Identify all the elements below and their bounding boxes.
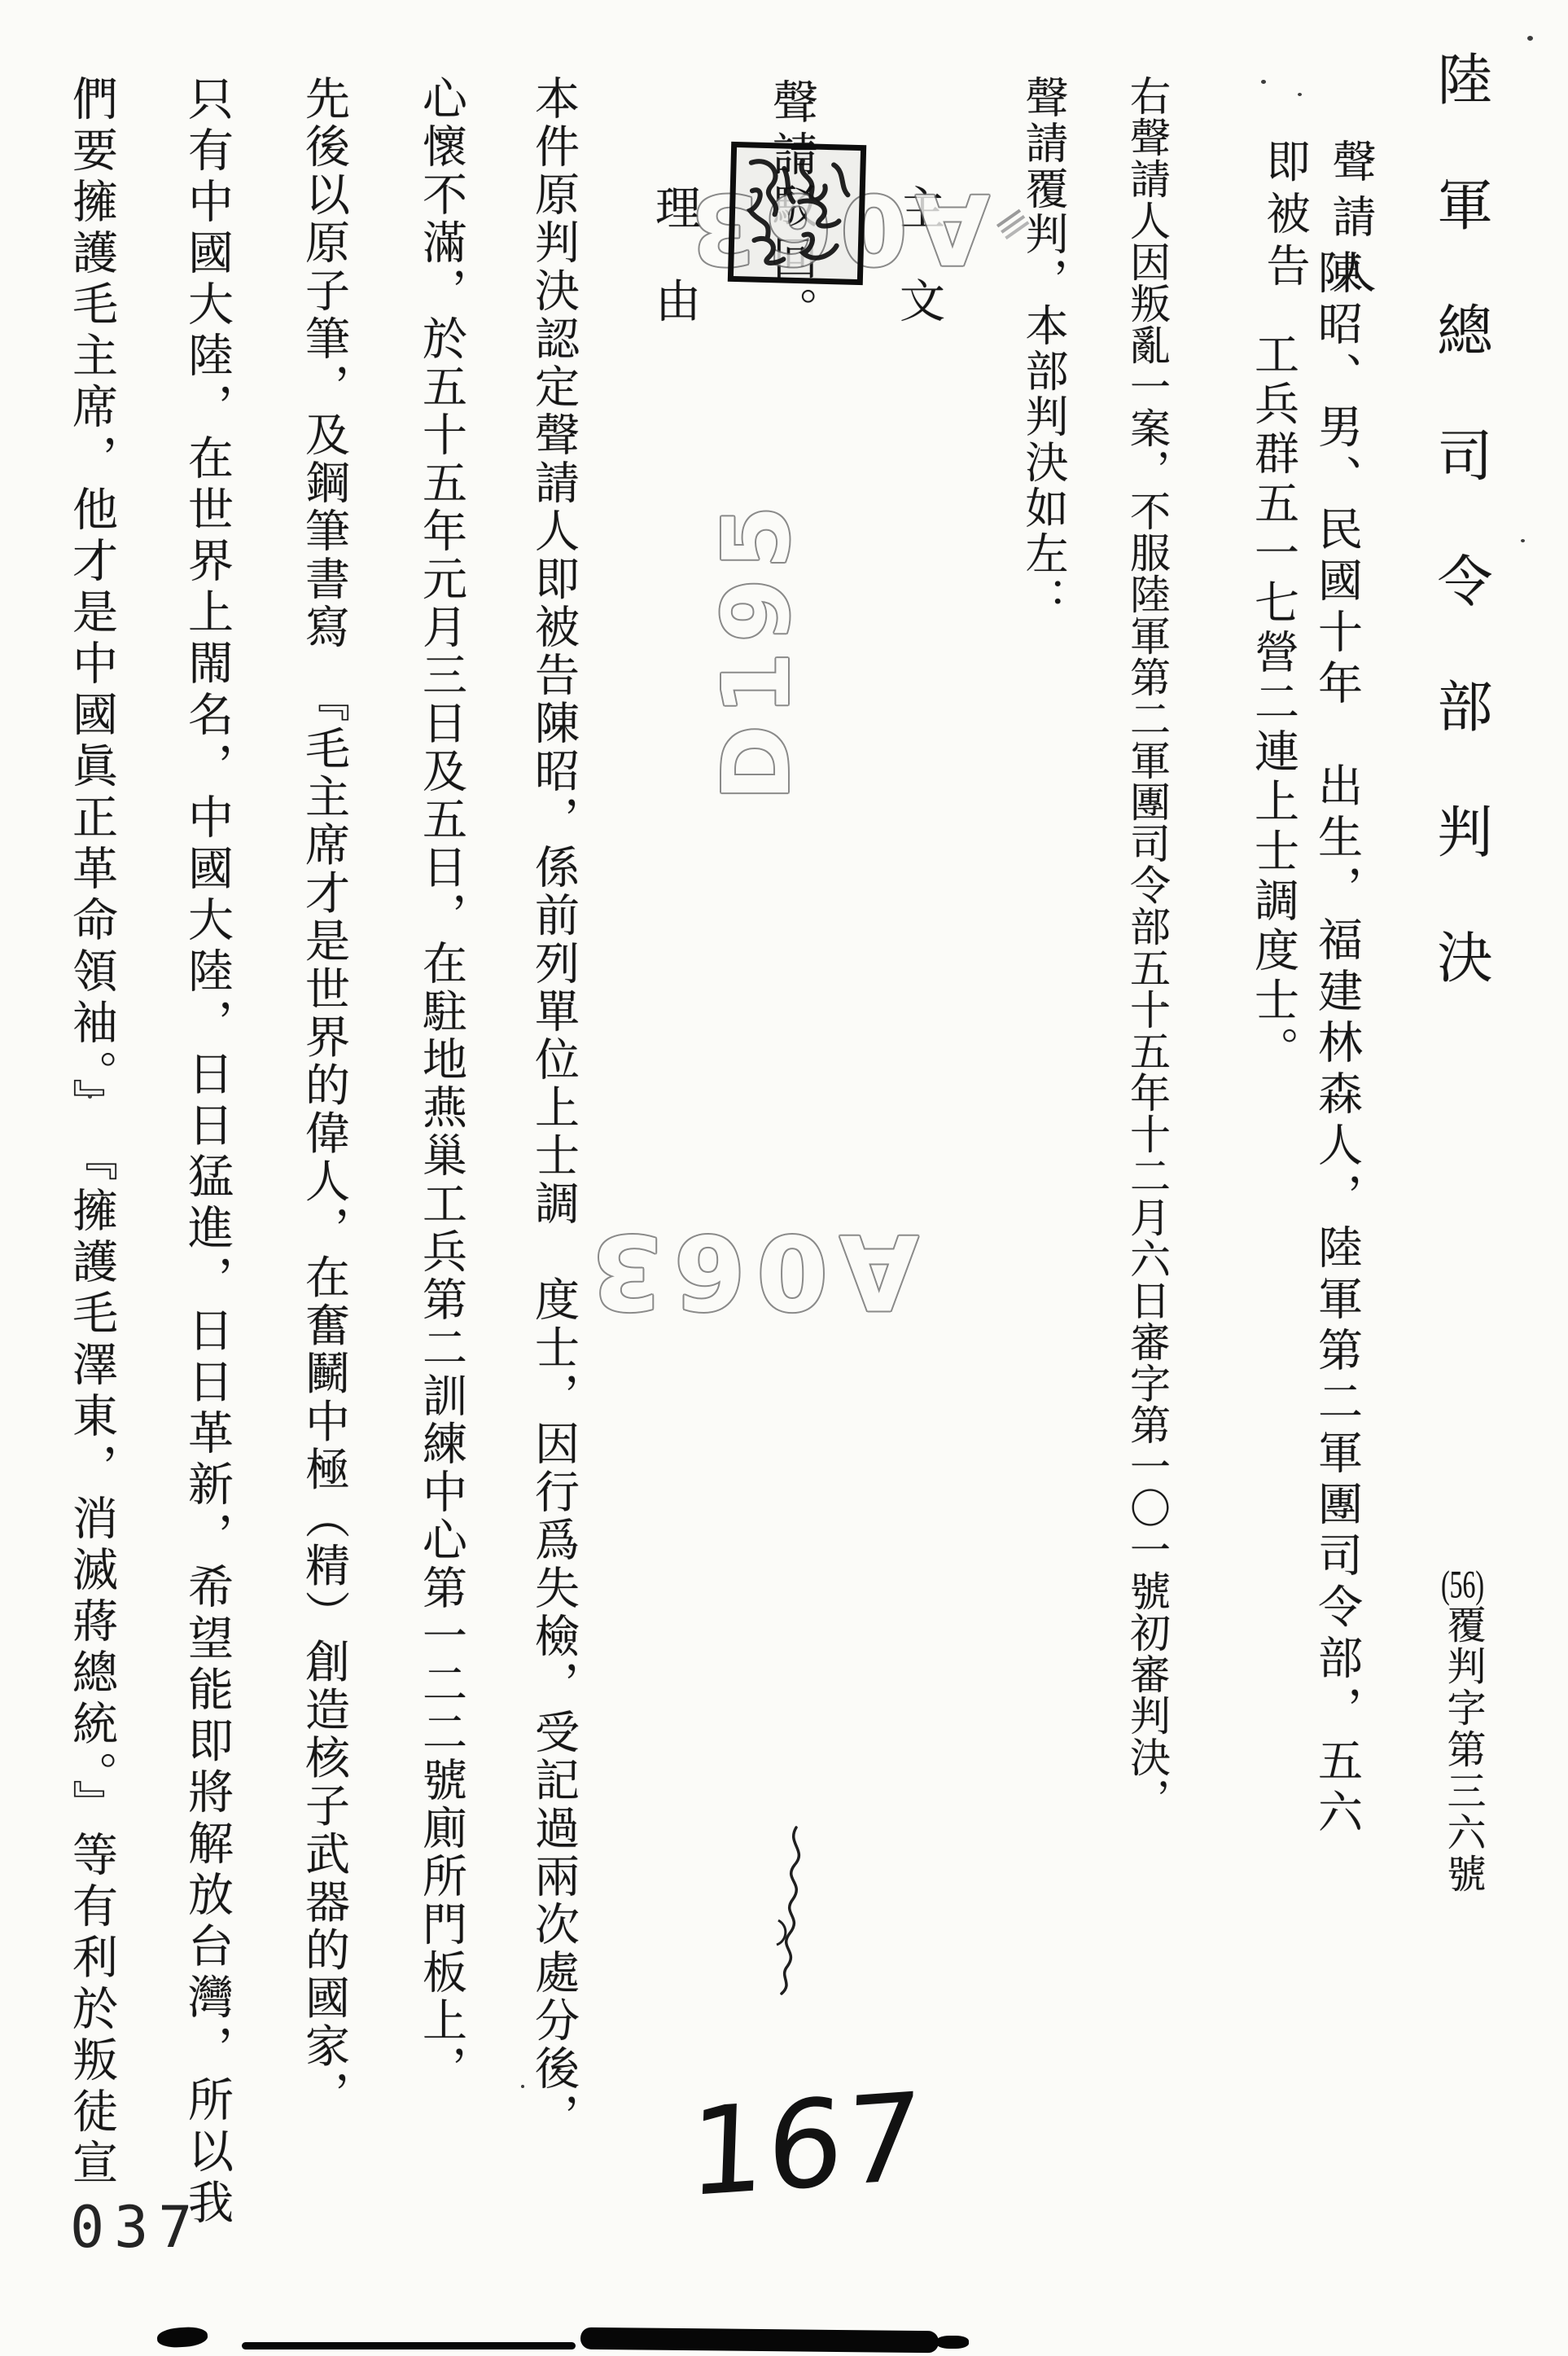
- pencil-hatch-mark: [996, 209, 1021, 228]
- document-title: 陸軍總司令部判決: [1433, 50, 1488, 1054]
- reason-line-5: 們要擁護毛主席，他才是中國眞正革命領袖。』 『擁護毛澤東，消滅蔣總統。』等有利於…: [68, 75, 114, 2190]
- scan-speck: [1261, 80, 1266, 84]
- a063-stamp-bottom: A063: [580, 1220, 919, 1323]
- handwritten-scribble: [746, 1823, 835, 1998]
- d195-stamp: D195: [712, 461, 803, 836]
- reason-line-1: 本件原判決認定聲請人即被告陳昭，係前列單位上士調 度士，因行爲失檢，受記過兩次處…: [531, 75, 576, 2141]
- intro-paragraph-2: 聲請覆判，本部判決如左：: [1021, 75, 1064, 622]
- scan-artifact: [156, 2326, 208, 2349]
- scan-speck: [1521, 539, 1525, 542]
- scan-speck: [1161, 1002, 1165, 1006]
- reason-line-4: 只有中國大陸，在世界上閙名，中國大陸，日日猛進，日日革新，希望能即將解放台灣，所…: [184, 75, 230, 2230]
- scan-artifact: [242, 2342, 576, 2349]
- case-number: (56)覆判字第三六號: [1443, 1565, 1482, 1895]
- case-number-year: (56): [1441, 1565, 1484, 1604]
- case-number-text: 覆判字第三六號: [1441, 1604, 1484, 1895]
- scanned-judgment-page: 陸軍總司令部判決 (56)覆判字第三六號 聲請人 即被告 陳昭、男、民國十年 出…: [0, 0, 1568, 2356]
- seal-glyphs-icon: [734, 147, 861, 279]
- page-number-stamp: 037: [70, 2199, 202, 2256]
- defendant-label: 即被告: [1263, 138, 1307, 295]
- petitioner-details-line2: 工兵群五一七營二連上士調度士。: [1250, 331, 1295, 1076]
- official-seal-stamp: [728, 142, 866, 285]
- scan-speck: [1527, 36, 1533, 41]
- reason-line-2: 心懷不滿，於五十五年元月三日及五日，在駐地燕巢工兵第二訓練中心第一二二號廁所門板…: [418, 75, 463, 2093]
- scan-speck: [1298, 93, 1302, 96]
- handwritten-number: 167: [687, 2077, 926, 2214]
- scan-speck: [1340, 675, 1343, 678]
- intro-paragraph: 右聲請人因叛亂一案，不服陸軍第二軍團司令部五十五年十二月六日審字第一〇一號初審判…: [1127, 75, 1167, 1819]
- scan-artifact: [580, 2327, 939, 2354]
- petitioner-details-line1: 陳昭、男、民國十年 出生，福建林森人，陸軍第二軍團司令部，五六: [1314, 249, 1359, 1840]
- reason-line-3: 先後以原子筆，及鋼筆書寫 『毛主席才是世界的偉人，在奮鬭中極（精）創造核子武器的…: [301, 75, 346, 2119]
- scan-artifact: [936, 2336, 969, 2349]
- scan-speck: [88, 1095, 92, 1099]
- scan-speck: [521, 2085, 524, 2088]
